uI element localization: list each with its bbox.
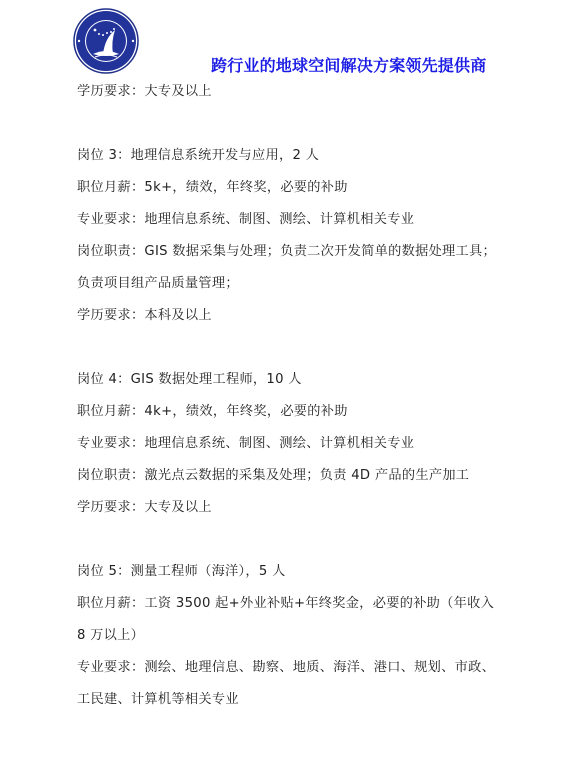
- document-line: 工民建、计算机等相关专业: [77, 688, 239, 707]
- document-line: 专业要求：测绘、地理信息、勘察、地质、海洋、港口、规划、市政、: [77, 656, 495, 675]
- company-slogan: 跨行业的地球空间解决方案领先提供商: [211, 53, 486, 76]
- company-logo: [73, 8, 139, 74]
- document-line: 8 万以上）: [77, 624, 144, 643]
- company-seal-icon: [73, 8, 139, 74]
- document-line: 专业要求：地理信息系统、制图、测绘、计算机相关专业: [77, 432, 414, 451]
- document-line: 学历要求：大专及以上: [77, 496, 212, 515]
- document-line: 岗位职责：GIS 数据采集与处理；负责二次开发简单的数据处理工具；: [77, 240, 496, 259]
- document-line: 学历要求：大专及以上: [77, 80, 212, 99]
- document-line: 负责项目组产品质量管理；: [77, 272, 239, 291]
- document-line: 学历要求：本科及以上: [77, 304, 212, 323]
- document-line: 职位月薪：4k+，绩效，年终奖，必要的补助: [77, 400, 348, 419]
- document-line: 职位月薪：5k+，绩效，年终奖，必要的补助: [77, 176, 348, 195]
- document-line: 岗位 3：地理信息系统开发与应用，2 人: [77, 144, 319, 163]
- document-line: 岗位职责：激光点云数据的采集及处理；负责 4D 产品的生产加工: [77, 464, 469, 483]
- document-line: 专业要求：地理信息系统、制图、测绘、计算机相关专业: [77, 208, 414, 227]
- document-line: 岗位 4：GIS 数据处理工程师，10 人: [77, 368, 302, 387]
- document-line: 职位月薪：工资 3500 起+外业补贴+年终奖金，必要的补助（年收入: [77, 592, 494, 611]
- document-line: 岗位 5：测量工程师（海洋），5 人: [77, 560, 286, 579]
